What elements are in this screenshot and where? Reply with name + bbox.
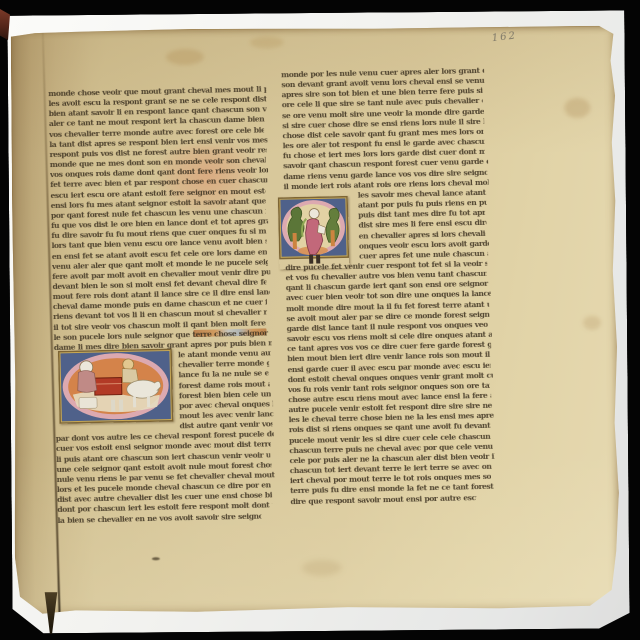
- horse-leg: [147, 396, 150, 407]
- digitized-manuscript-photo: 162: [0, 0, 640, 640]
- parchment-stain: [166, 49, 204, 65]
- red-bier: [94, 378, 121, 396]
- parchment-folio: 162: [11, 26, 621, 615]
- white-drapery: [79, 397, 97, 408]
- text-column-right: monde por les nule venu cuer apres aler …: [281, 66, 495, 507]
- ink-speck: [152, 557, 160, 560]
- text-column-left: monde chose veoir que mout grant cheval …: [48, 84, 275, 525]
- hooded-figure-body: [77, 370, 96, 392]
- parchment-stain: [564, 98, 590, 118]
- horse-leg: [133, 396, 136, 407]
- parchment-stain: [250, 36, 284, 48]
- bier-post: [111, 400, 115, 412]
- bier-post: [119, 400, 123, 412]
- folio-number: 162: [491, 28, 542, 45]
- parchment-stain: [302, 560, 342, 576]
- white-horse-body: [127, 380, 159, 399]
- miniature-forest-scene: [278, 196, 350, 270]
- robed-figure-head: [309, 208, 319, 218]
- parchment-stain: [583, 316, 601, 330]
- tree-trunk: [293, 233, 297, 249]
- miniature-bier-scene: [58, 348, 174, 423]
- bier-drape-line: [95, 384, 122, 385]
- tree-trunk: [331, 230, 335, 246]
